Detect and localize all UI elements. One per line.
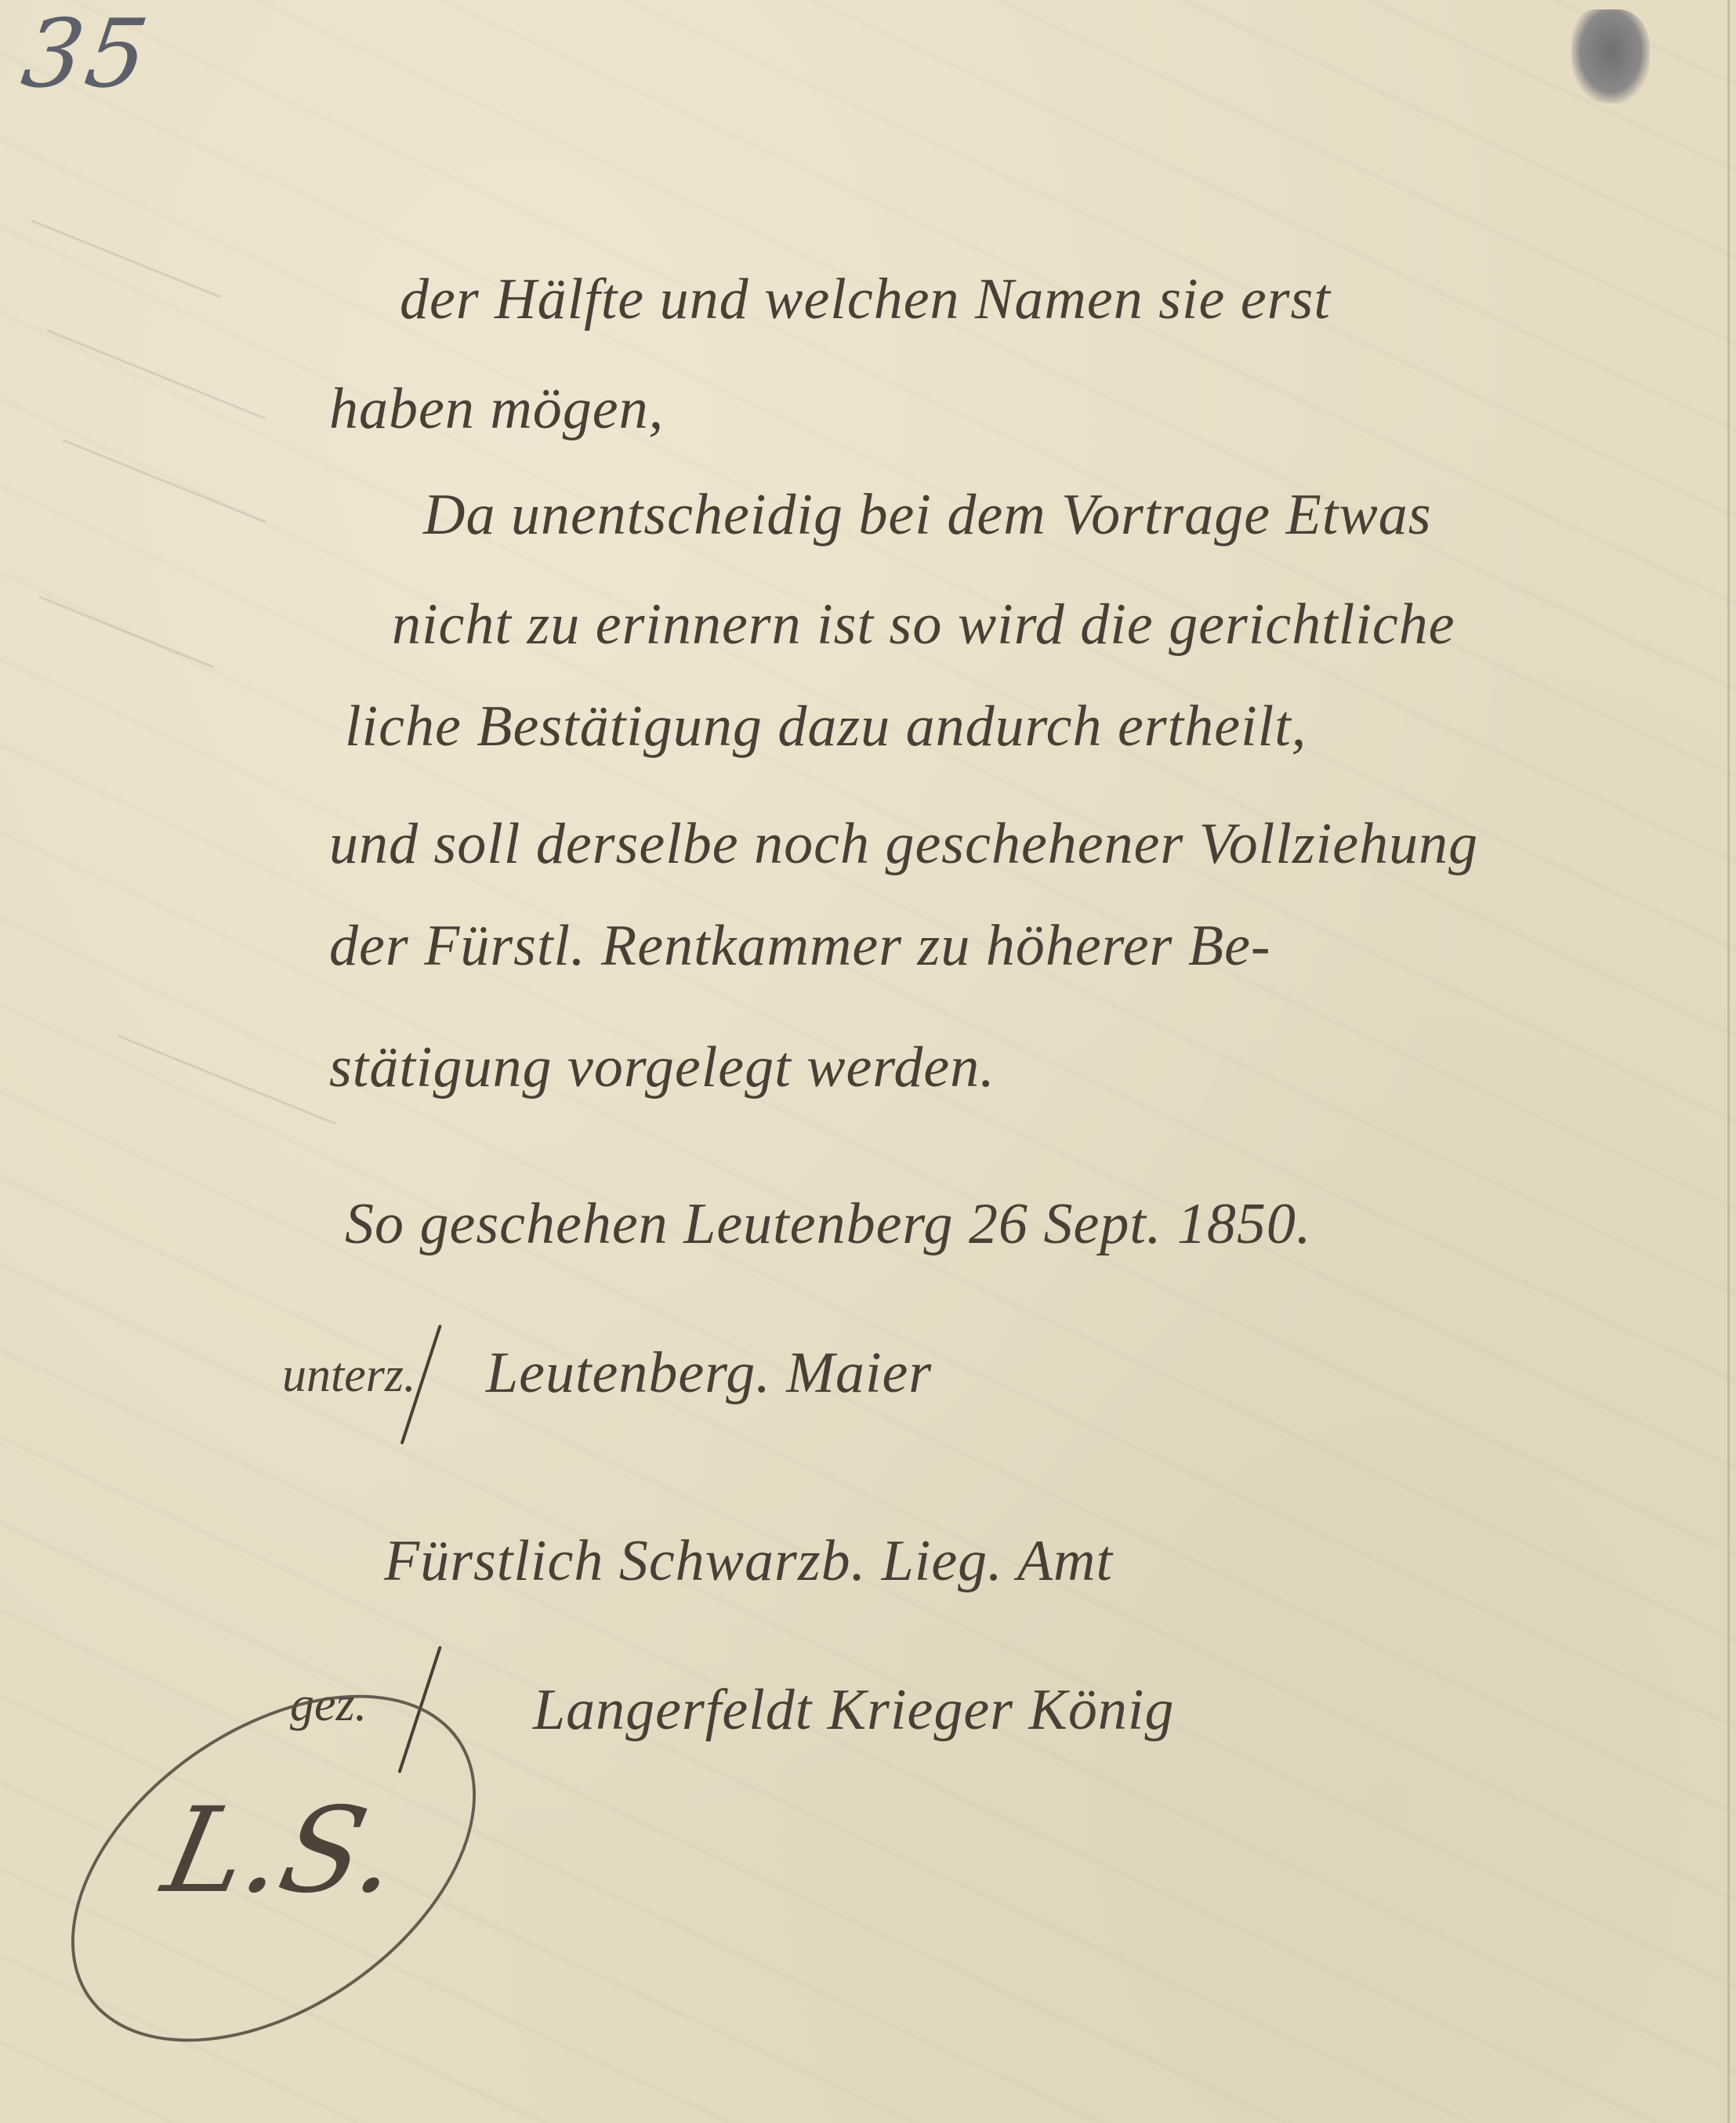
offset-mark <box>62 439 266 524</box>
body-line-5: liche Bestätigung dazu andurch ertheilt, <box>345 694 1307 760</box>
page-edge <box>1727 0 1730 2123</box>
offset-mark <box>31 219 220 298</box>
folio-number: 35 <box>16 0 157 109</box>
signature-line-2: Fürstlich Schwarzb. Lieg. Amt <box>384 1528 1113 1595</box>
body-line-4: nicht zu erinnern ist so wird die gerich… <box>392 592 1455 658</box>
body-line-7: der Fürstl. Rentkammer zu höherer Be- <box>329 913 1271 980</box>
body-line-8: stätigung vorgelegt werden. <box>329 1034 995 1101</box>
body-line-1: der Hälfte und welchen Namen sie erst <box>400 266 1331 333</box>
body-line-3: Da unentscheidig bei dem Vortrage Etwas <box>423 482 1432 549</box>
offset-mark <box>38 596 214 668</box>
document-page: 35 der Hälfte und welchen Namen sie erst… <box>0 0 1736 2123</box>
offset-mark <box>46 329 265 419</box>
signature-line-1: Leutenberg. Maier <box>486 1340 932 1407</box>
seal-text: L.S. <box>72 1783 493 1919</box>
body-line-6: und soll derselbe noch geschehener Vollz… <box>329 811 1478 878</box>
signature-line-3: Langerfeldt Krieger König <box>533 1677 1174 1744</box>
margin-label-signed: unterz. <box>282 1348 416 1404</box>
ink-smudge <box>1571 9 1650 103</box>
offset-mark <box>117 1034 335 1125</box>
date-line: So geschehen Leutenberg 26 Sept. 1850. <box>345 1191 1311 1258</box>
body-line-2: haben mögen, <box>329 376 664 443</box>
